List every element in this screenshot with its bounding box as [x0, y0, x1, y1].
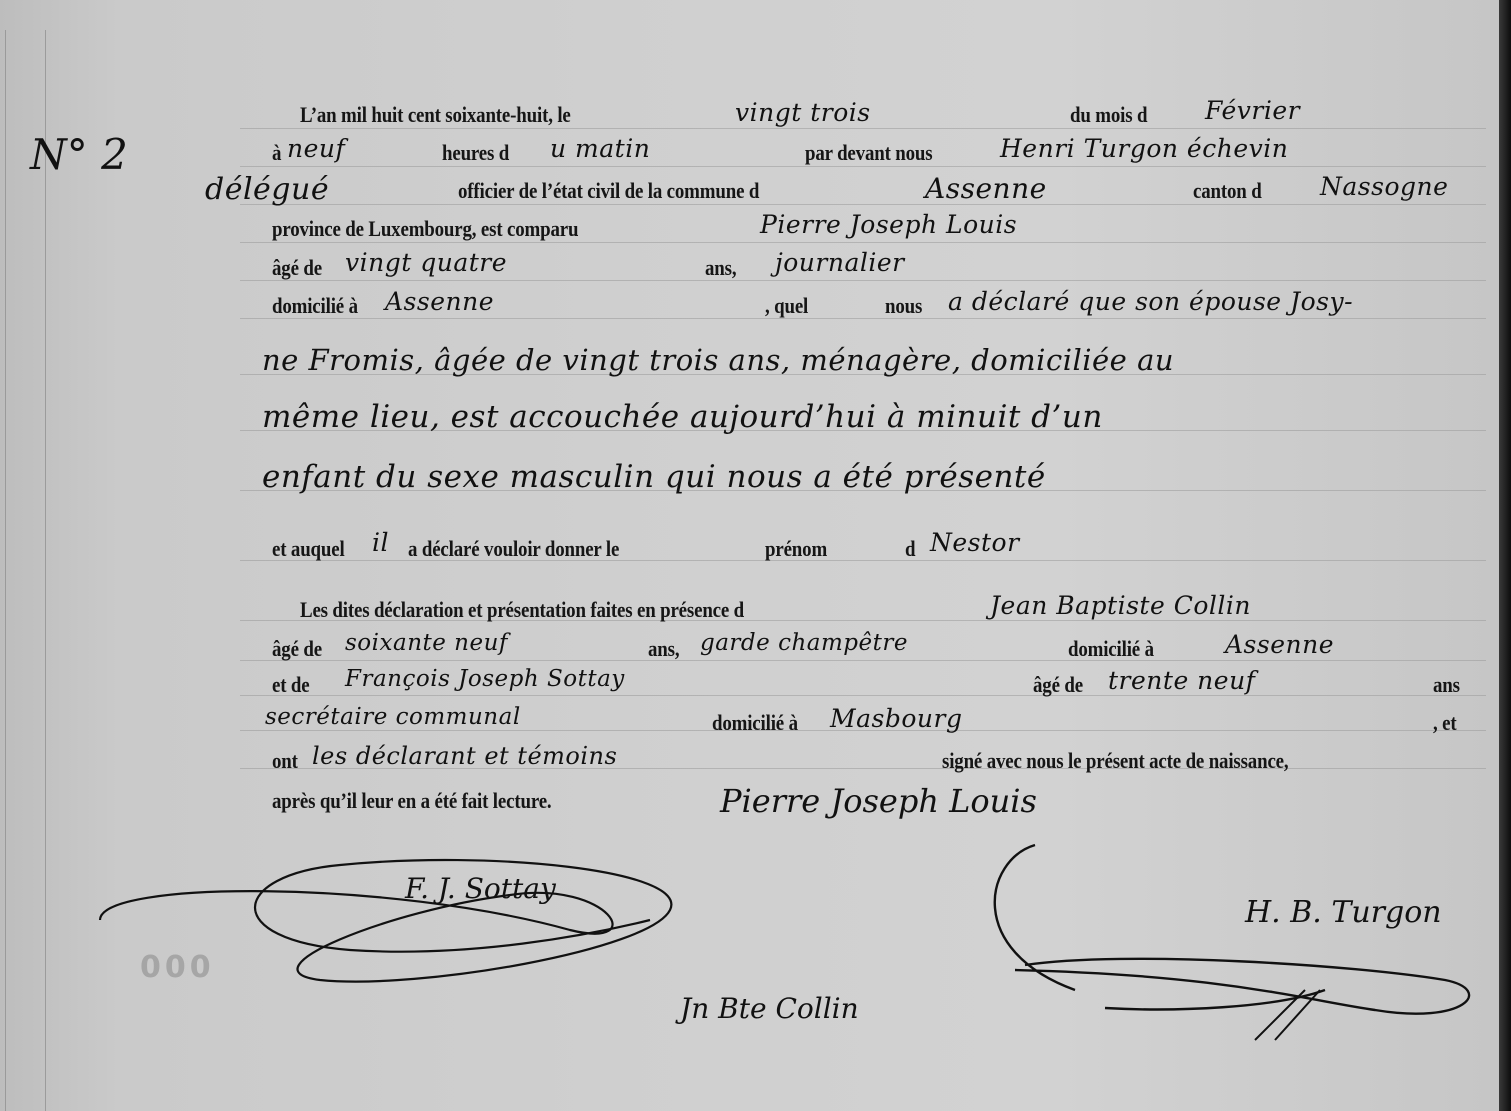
field-officer: Henri Turgon échevin: [1000, 134, 1288, 163]
field-declarant-age: vingt quatre: [345, 248, 507, 277]
field-signers: les déclarant et témoins: [312, 742, 617, 770]
ruled-line: [240, 128, 1486, 129]
field-hour: neuf: [287, 134, 345, 163]
field-witness2-name: François Joseph Sottay: [345, 666, 625, 692]
form-line10-d: d: [905, 536, 915, 562]
field-child-name: Nestor: [930, 528, 1020, 557]
form-line13-a: et de: [272, 672, 309, 698]
ruled-line: [240, 660, 1486, 661]
field-canton: Nassogne: [1320, 172, 1448, 201]
form-line12-a: âgé de: [272, 636, 322, 662]
margin-rule-left: [5, 30, 6, 1111]
form-line5-b: ans,: [705, 255, 736, 281]
field-officer-title: délégué: [205, 172, 329, 207]
form-line12-b: ans,: [648, 636, 679, 662]
form-line10-c: prénom: [765, 536, 827, 562]
margin-rule-inner: [45, 30, 46, 1111]
field-witness2-occupation: secrétaire communal: [265, 704, 521, 730]
document-page: N° 2 L’an mil huit cent soixante-huit, l…: [0, 0, 1500, 1111]
form-line5-a: âgé de: [272, 255, 322, 281]
field-day: vingt trois: [735, 98, 871, 127]
form-line2-a: à: [272, 140, 281, 166]
form-line6-c: nous: [885, 293, 922, 319]
ruled-line: [240, 280, 1486, 281]
field-witness1-occupation: garde champêtre: [700, 630, 908, 656]
field-witness2-domicile: Masbourg: [830, 704, 962, 733]
form-line3-a: officier de l’état civil de la commune d: [458, 178, 759, 204]
ruled-line: [240, 318, 1486, 319]
field-declaration-line1: a déclaré que son épouse Josy-: [948, 287, 1353, 316]
signature-witness2: F. J. Sottay: [405, 872, 556, 905]
field-witness1-domicile: Assenne: [1225, 630, 1334, 659]
form-line4-a: province de Luxembourg, est comparu: [272, 216, 578, 242]
field-commune: Assenne: [925, 172, 1047, 205]
field-witness1-name: Jean Baptiste Collin: [990, 591, 1251, 620]
form-line15-a: ont: [272, 748, 298, 774]
margin-stamp: 000: [140, 950, 215, 985]
form-line1-a: L’an mil huit cent soixante-huit, le: [300, 102, 571, 128]
signature-witness1: Jn Bte Collin: [680, 992, 859, 1025]
form-line12-c: domicilié à: [1068, 636, 1154, 662]
act-number: N° 2: [30, 130, 128, 179]
field-declaration-line2: ne Fromis, âgée de vingt trois ans, ména…: [262, 343, 1174, 377]
form-line10-a: et auquel: [272, 536, 345, 562]
field-month: Février: [1205, 96, 1300, 125]
form-line14-a: domicilié à: [712, 710, 798, 736]
form-line10-b: a déclaré vouloir donner le: [408, 536, 619, 562]
form-line6-a: domicilié à: [272, 293, 358, 319]
form-line1-b: du mois d: [1070, 102, 1147, 128]
form-line13-b: âgé de: [1033, 672, 1083, 698]
field-declarant: Pierre Joseph Louis: [760, 210, 1017, 239]
ruled-line: [240, 695, 1486, 696]
field-pronoun: il: [372, 528, 389, 557]
field-time-of-day: u matin: [550, 134, 650, 163]
form-line11-a: Les dites déclaration et présentation fa…: [300, 597, 744, 623]
field-witness1-age: soixante neuf: [345, 630, 508, 656]
ruled-line: [240, 242, 1486, 243]
form-line6-b: , quel: [765, 293, 808, 319]
form-line3-b: canton d: [1193, 178, 1262, 204]
form-line15-b: signé avec nous le présent acte de naiss…: [942, 748, 1288, 774]
form-line2-c: par devant nous: [805, 140, 932, 166]
form-line16-a: après qu’il leur en a été fait lecture.: [272, 788, 551, 814]
field-declaration-line3: même lieu, est accouchée aujourd’hui à m…: [262, 399, 1103, 435]
signature-officer: H. B. Turgon: [1245, 895, 1442, 930]
signature-flourish-right: [975, 840, 1495, 1040]
book-spine-edge: [1499, 0, 1511, 1111]
form-line14-b: , et: [1433, 710, 1456, 736]
form-line2-b: heures d: [442, 140, 509, 166]
signature-declarant: Pierre Joseph Louis: [720, 782, 1037, 820]
ruled-line: [240, 166, 1486, 167]
field-declaration-line4: enfant du sexe masculin qui nous a été p…: [262, 459, 1046, 495]
field-declarant-domicile: Assenne: [385, 287, 494, 316]
field-witness2-age: trente neuf: [1108, 666, 1255, 695]
ruled-line: [240, 204, 1486, 205]
field-declarant-occupation: journalier: [775, 248, 905, 277]
form-line13-c: ans: [1433, 672, 1460, 698]
